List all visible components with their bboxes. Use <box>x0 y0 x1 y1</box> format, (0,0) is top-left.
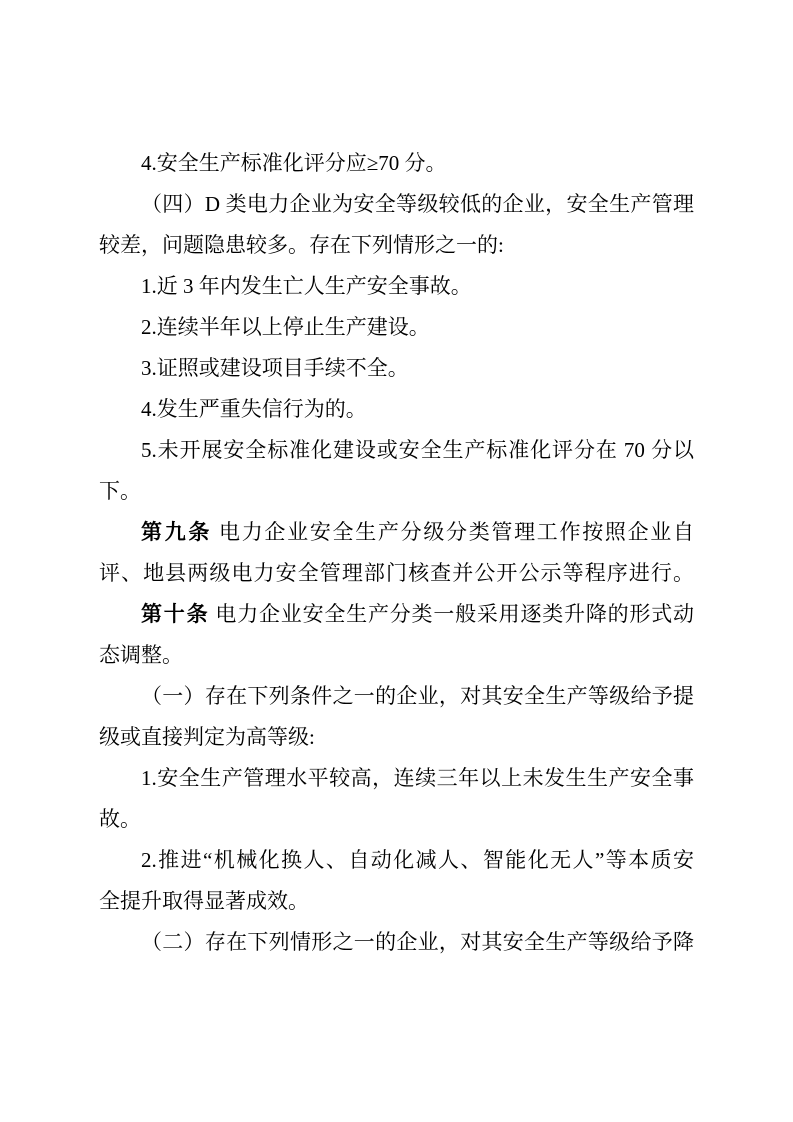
line-text: 下。 <box>99 479 141 503</box>
text-line: 较差，问题隐患较多。存在下列情形之一的: <box>99 225 694 266</box>
text-line: （一）存在下列条件之一的企业，对其安全生产等级给予提 <box>99 676 694 717</box>
text-line: 2.连续半年以上停止生产建设。 <box>99 307 694 348</box>
line-text: 3.证照或建设项目手续不全。 <box>141 356 409 380</box>
line-text: （二）存在下列情形之一的企业，对其安全生产等级给予降 <box>141 930 694 954</box>
text-line: 1.安全生产管理水平较高，连续三年以上未发生生产安全事 <box>99 758 694 799</box>
line-text: 1.安全生产管理水平较高，连续三年以上未发生生产安全事 <box>141 766 694 790</box>
line-text: 2.推进“机械化换人、自动化减人、智能化无人”等本质安 <box>141 848 694 872</box>
line-text: 5.未开展安全标准化建设或安全生产标准化评分在 70 分以 <box>141 438 694 462</box>
text-line: 态调整。 <box>99 635 694 676</box>
line-text: 4.发生严重失信行为的。 <box>141 397 367 421</box>
text-line: 4.安全生产标准化评分应≥70 分。 <box>99 143 694 184</box>
line-text: 4.安全生产标准化评分应≥70 分。 <box>141 151 447 175</box>
text-line: 级或直接判定为高等级: <box>99 717 694 758</box>
text-line: 4.发生严重失信行为的。 <box>99 389 694 430</box>
line-text: 1.近 3 年内发生亡人生产安全事故。 <box>141 274 472 298</box>
line-text: 较差，问题隐患较多。存在下列情形之一的: <box>99 233 504 257</box>
text-line: 下。 <box>99 471 694 512</box>
line-text: 电力企业安全生产分类一般采用逐类升降的形式动 <box>209 602 694 626</box>
text-line: 1.近 3 年内发生亡人生产安全事故。 <box>99 266 694 307</box>
line-text: 评、地县两级电力安全管理部门核查并公开公示等程序进行。 <box>99 561 694 585</box>
article-number: 第十条 <box>141 602 209 626</box>
line-text: 电力企业安全生产分级分类管理工作按照企业自 <box>212 520 694 544</box>
line-text: （四）D 类电力企业为安全等级较低的企业，安全生产管理 <box>141 192 694 216</box>
text-line: 5.未开展安全标准化建设或安全生产标准化评分在 70 分以 <box>99 430 694 471</box>
text-line: 故。 <box>99 799 694 840</box>
line-text: 全提升取得显著成效。 <box>99 889 309 913</box>
text-line: （四）D 类电力企业为安全等级较低的企业，安全生产管理 <box>99 184 694 225</box>
text-line: 评、地县两级电力安全管理部门核查并公开公示等程序进行。 <box>99 553 694 594</box>
text-line: 2.推进“机械化换人、自动化减人、智能化无人”等本质安 <box>99 840 694 881</box>
text-line: （二）存在下列情形之一的企业，对其安全生产等级给予降 <box>99 922 694 963</box>
article-number: 第九条 <box>141 520 212 544</box>
text-line: 第十条 电力企业安全生产分类一般采用逐类升降的形式动 <box>99 594 694 635</box>
line-text: （一）存在下列条件之一的企业，对其安全生产等级给予提 <box>141 684 694 708</box>
line-text: 故。 <box>99 807 141 831</box>
line-text: 2.连续半年以上停止生产建设。 <box>141 315 430 339</box>
text-line: 全提升取得显著成效。 <box>99 881 694 922</box>
document-page: 4.安全生产标准化评分应≥70 分。（四）D 类电力企业为安全等级较低的企业，安… <box>0 0 793 1122</box>
line-text: 态调整。 <box>99 643 183 667</box>
text-line: 3.证照或建设项目手续不全。 <box>99 348 694 389</box>
line-text: 级或直接判定为高等级: <box>99 725 315 749</box>
document-content: 4.安全生产标准化评分应≥70 分。（四）D 类电力企业为安全等级较低的企业，安… <box>99 143 694 963</box>
text-line: 第九条 电力企业安全生产分级分类管理工作按照企业自 <box>99 512 694 553</box>
